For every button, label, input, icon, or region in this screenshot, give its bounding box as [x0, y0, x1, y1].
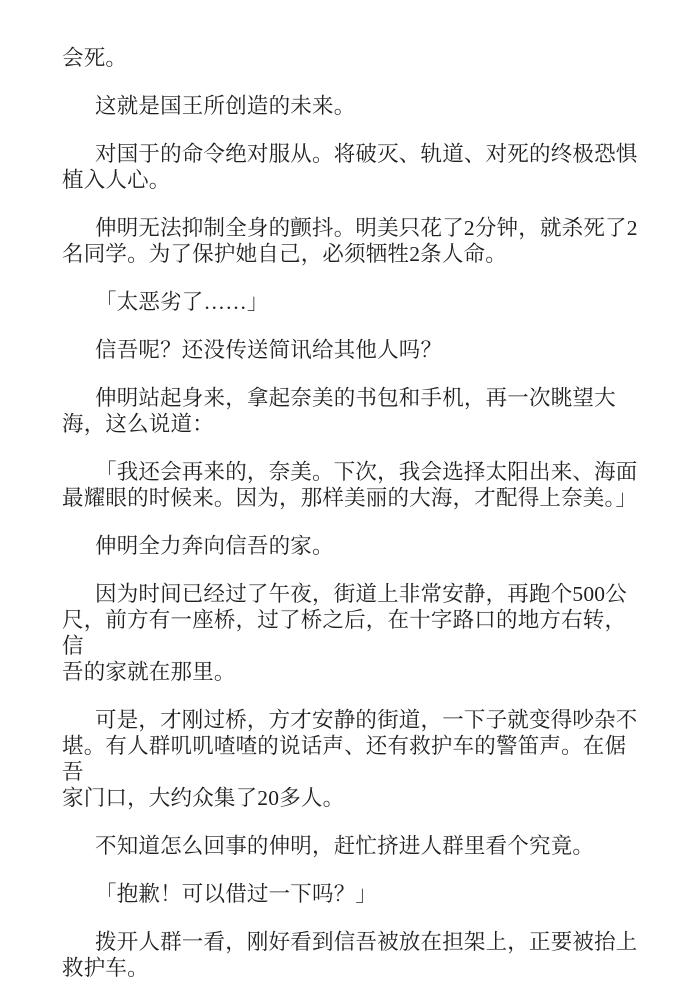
paragraph: 伸明全力奔向信吾的家。 [62, 533, 644, 559]
paragraph: 可是，才刚过桥，方才安静的街道，一下子就变得吵杂不 堪。有人群叽叽喳喳的说话声、… [62, 707, 644, 811]
paragraph: 「太恶劣了……」 [62, 289, 644, 315]
paragraph: 对国于的命令绝对服从。将破灭、轨道、对死的终极恐惧 植入人心。 [62, 141, 644, 193]
paragraph: 伸明无法抑制全身的颤抖。明美只花了2分钟，就杀死了2 名同学。为了保护她自己，必… [62, 215, 644, 267]
paragraph: 这就是国王所创造的未来。 [62, 93, 644, 119]
paragraph: 「抱歉！可以借过一下吗？」 [62, 881, 644, 907]
paragraph: 「我还会再来的，奈美。下次，我会选择太阳出来、海面 最耀眼的时候来。因为，那样美… [62, 459, 644, 511]
paragraph: 伸明站起身来，拿起奈美的书包和手机，再一次眺望大 海，这么说道： [62, 385, 644, 437]
page: 会死。 这就是国王所创造的未来。 对国于的命令绝对服从。将破灭、轨道、对死的终极… [0, 0, 700, 992]
paragraph: 信吾呢？还没传送简讯给其他人吗？ [62, 337, 644, 363]
paragraph: 因为时间已经过了午夜，街道上非常安静，再跑个500公 尺，前方有一座桥，过了桥之… [62, 581, 644, 685]
paragraph: 会死。 [62, 45, 644, 71]
paragraph: 拨开人群一看，刚好看到信吾被放在担架上，正要被抬上 救护车。 [62, 929, 644, 981]
paragraph: 不知道怎么回事的伸明，赶忙挤进人群里看个究竟。 [62, 833, 644, 859]
